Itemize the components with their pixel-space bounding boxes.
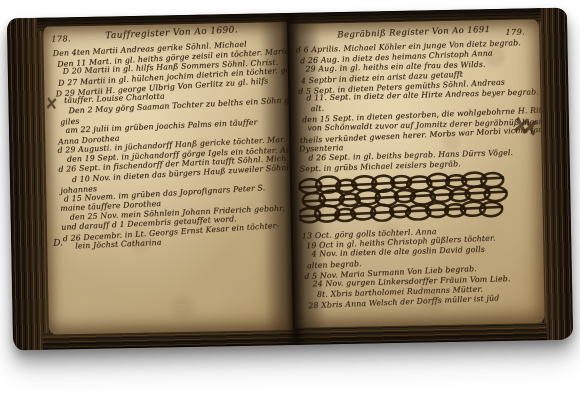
open-register-book: 178. Tauffregister Von Ao 1690. ✕ D. Den… — [7, 8, 573, 351]
left-page: 178. Tauffregister Von Ao 1690. ✕ D. Den… — [43, 22, 293, 335]
right-page-number: 179. — [505, 27, 525, 36]
photo-background: 178. Tauffregister Von Ao 1690. ✕ D. Den… — [0, 0, 580, 397]
right-page-title: Begräbniß Register Von Ao 1691 — [337, 25, 491, 41]
burial-entries-top: d 6 Aprilis. Michael Köhler ein junge Vo… — [296, 38, 540, 174]
right-page: 179. Begräbniß Register Von Ao 1691 ✕✕ d… — [289, 19, 545, 328]
scribbled-out-lines — [298, 168, 542, 228]
left-page-number: 178. — [51, 34, 71, 43]
left-page-title: Tauffregister Von Ao 1690. — [105, 25, 238, 41]
baptism-entries: Den 4ten Martii Andreas gerike Söhnl. Mi… — [52, 38, 292, 253]
burial-entries-bottom: 13 Oct. görg golls töchterl. Anna19 Oct … — [302, 223, 544, 310]
burial-entries: d 6 Aprilis. Michael Köhler ein junge Vo… — [296, 38, 545, 311]
